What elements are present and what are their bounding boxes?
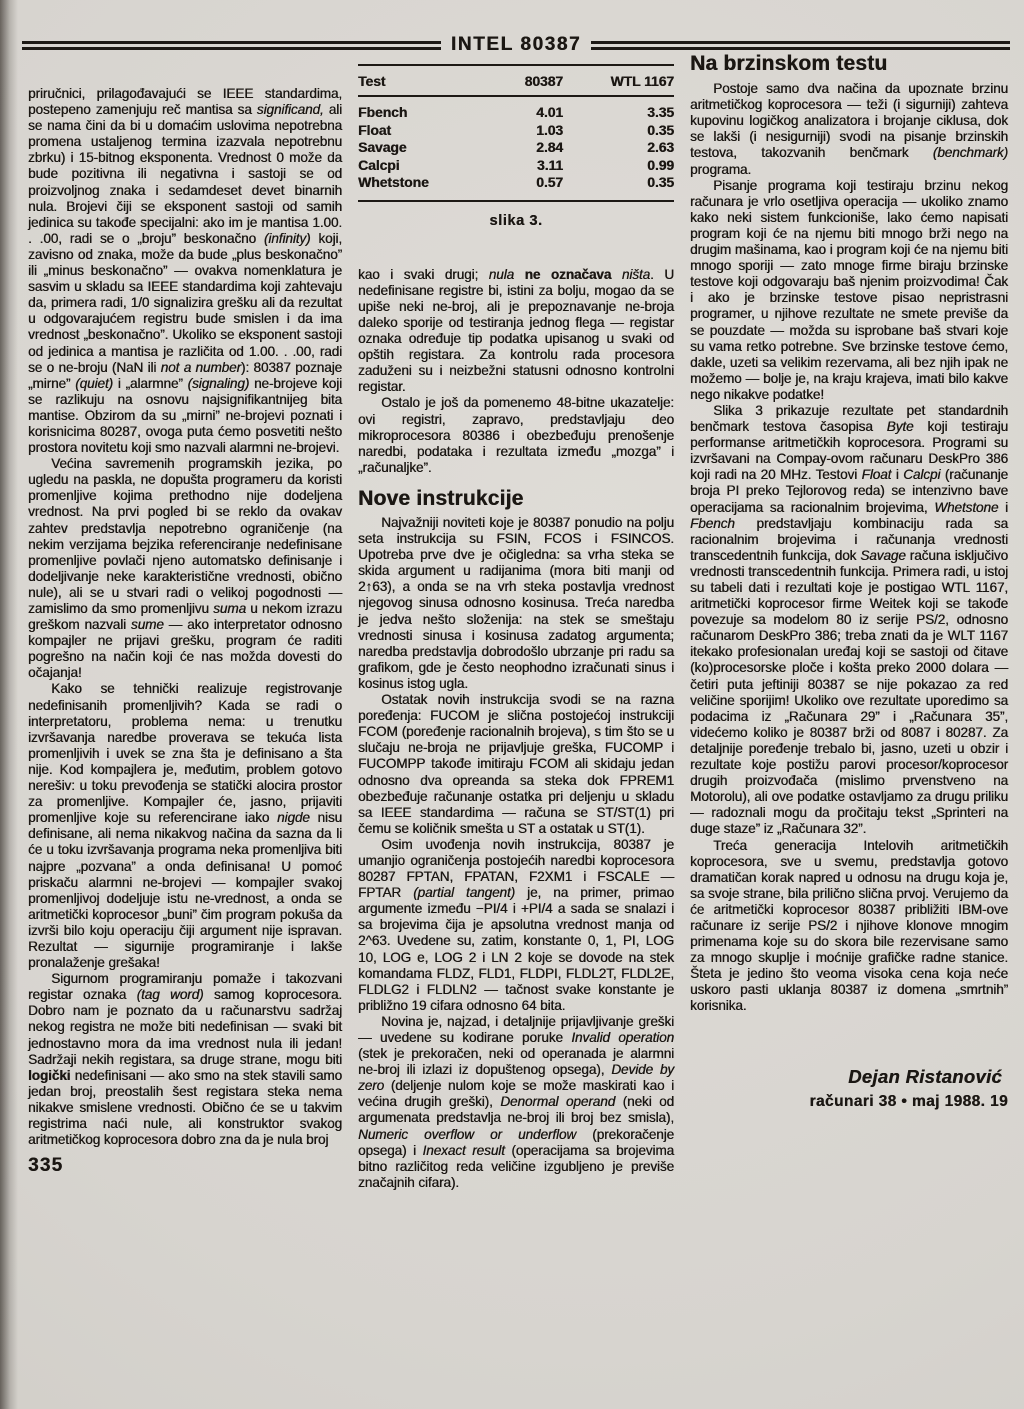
- page-title: INTEL 80387: [451, 34, 581, 56]
- cell-test-name: Float: [358, 122, 468, 140]
- scan-shadow: [0, 0, 18, 1409]
- cell-test-name: Savage: [358, 139, 468, 157]
- paragraph: Postoje samo dva načina da upoznate brzi…: [690, 81, 1008, 178]
- rule-line: [22, 41, 441, 44]
- rule-line: [591, 41, 1010, 44]
- column-header-test: Test: [358, 65, 468, 96]
- magazine-page: INTEL 80387 priručnici, prilagođavajući …: [0, 0, 1024, 1409]
- cell-test-name: Calcpi: [358, 157, 468, 175]
- cell-80387-value: 1.03: [468, 122, 563, 140]
- cell-80387-value: 0.57: [468, 174, 563, 201]
- header-rule-left: [22, 41, 441, 50]
- left-column: priručnici, prilagođavajući se IEEE stan…: [28, 86, 342, 1174]
- rule-line: [591, 47, 1010, 50]
- header-rule-right: [591, 41, 1010, 50]
- table-header-row: Test 80387 WTL 1167: [358, 65, 674, 96]
- column-header-wtl-1167: WTL 1167: [563, 65, 674, 96]
- table-row: Savage 2.84 2.63: [358, 139, 674, 157]
- paragraph: Sigurnom programiranju pomaže i takozvan…: [28, 971, 342, 1148]
- right-column: Na brzinskom testu Postoje samo dva nači…: [690, 56, 1008, 1110]
- magazine-footer: računari 38 • maj 1988. 19: [690, 1094, 1008, 1110]
- cell-wtl-value: 0.99: [563, 157, 674, 175]
- benchmark-table: Test 80387 WTL 1167 Fbench 4.01 3.35 Flo…: [358, 64, 674, 202]
- section-heading-na-brzinskom-testu: Na brzinskom testu: [690, 56, 1008, 72]
- paragraph: priručnici, prilagođavajući se IEEE stan…: [28, 86, 342, 456]
- middle-column: Test 80387 WTL 1167 Fbench 4.01 3.35 Flo…: [358, 64, 674, 1191]
- paragraph: Treća generacija Intelovih aritmetičkih …: [690, 838, 1008, 1015]
- author-byline: Dejan Ristanović: [690, 1069, 1008, 1085]
- paragraph: Osim uvođenja novih instrukcija, 80387 j…: [358, 837, 674, 1014]
- cell-80387-value: 2.84: [468, 139, 563, 157]
- table-row: Calcpi 3.11 0.99: [358, 157, 674, 175]
- cell-80387-value: 3.11: [468, 157, 563, 175]
- paragraph: Novina je, najzad, i detaljnije prijavlj…: [358, 1014, 674, 1191]
- column-header-80387: 80387: [468, 65, 563, 96]
- cell-wtl-value: 0.35: [563, 122, 674, 140]
- paragraph: Najvažniji noviteti koje je 80387 ponudi…: [358, 515, 674, 692]
- paragraph: kao i svaki drugi; nula ne označava ništ…: [358, 267, 674, 396]
- paragraph: Slika 3 prikazuje rezultate pet standard…: [690, 403, 1008, 838]
- table-row: Fbench 4.01 3.35: [358, 96, 674, 122]
- table-row: Whetstone 0.57 0.35: [358, 174, 674, 201]
- paragraph: Većina savremenih programskih jezika, po…: [28, 456, 342, 681]
- paragraph: Kako se tehnički realizuje registrovanje…: [28, 681, 342, 971]
- paragraph: Ostatak novih instrukcija svodi se na ra…: [358, 692, 674, 837]
- cell-test-name: Fbench: [358, 96, 468, 122]
- rule-line: [22, 47, 441, 50]
- figure-caption: slika 3.: [358, 213, 674, 229]
- paragraph: Ostalo je još da pomenemo 48-bitne ukaza…: [358, 395, 674, 475]
- table-row: Float 1.03 0.35: [358, 122, 674, 140]
- cell-test-name: Whetstone: [358, 174, 468, 201]
- benchmark-figure: Test 80387 WTL 1167 Fbench 4.01 3.35 Flo…: [358, 64, 674, 229]
- section-heading-nove-instrukcije: Nove instrukcije: [358, 491, 674, 507]
- cell-wtl-value: 0.35: [563, 174, 674, 201]
- paragraph: Pisanje programa koji testiraju brzinu n…: [690, 178, 1008, 403]
- page-number: 335: [28, 1158, 342, 1174]
- cell-80387-value: 4.01: [468, 96, 563, 122]
- cell-wtl-value: 3.35: [563, 96, 674, 122]
- cell-wtl-value: 2.63: [563, 139, 674, 157]
